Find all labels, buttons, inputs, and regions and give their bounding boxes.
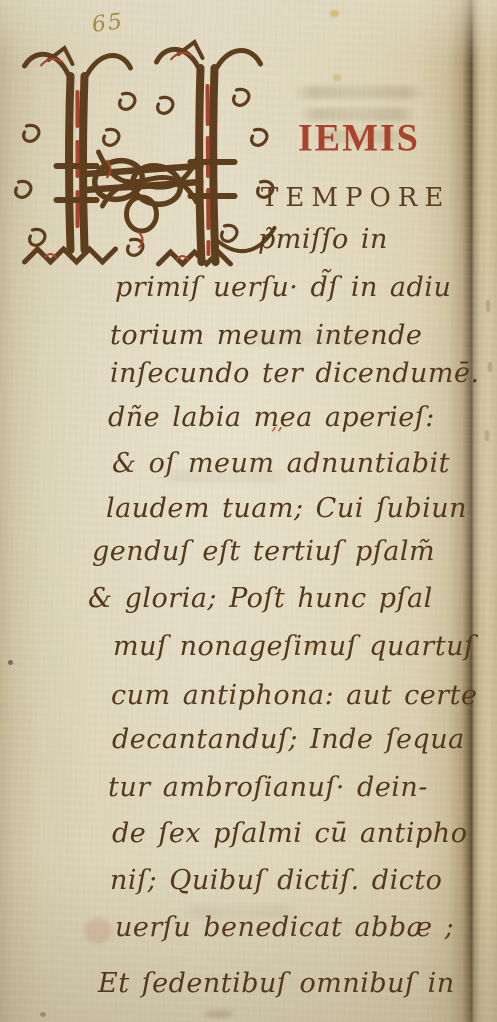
heading-praemisso: p̃miſſo in: [258, 226, 388, 253]
next-page-edge-mark: [485, 430, 489, 441]
next-page-edge-mark: [488, 362, 492, 372]
manuscript-text-line: Et ſedentibuſ omnibuſ in: [98, 970, 455, 997]
next-page-edge-mark: [486, 300, 490, 312]
manuscript-page: 65: [0, 0, 497, 1022]
manuscript-text-line: genduſ eſt tertiuſ pſalm̃: [92, 538, 435, 565]
heading-tempore: TEMPORE: [261, 185, 450, 211]
stain-mark: [333, 74, 341, 81]
manuscript-text-line: torium meum intende: [110, 322, 422, 349]
stain-mark: [84, 918, 112, 944]
manuscript-text-line: uerſu benedicat abbæ ;: [115, 914, 454, 941]
manuscript-text-line: inſecundo ter dicendumē.: [110, 360, 480, 387]
manuscript-text-line: laudem tuam; Cui ſubiun: [106, 495, 467, 522]
manuscript-text-line: niſ; Quibuſ dictiſ. dicto: [110, 867, 442, 894]
stain-mark: [205, 1010, 233, 1018]
manuscript-text-line: primiſ uerſu· d̃ſ in adiu: [115, 274, 451, 301]
manuscript-text-line: cum antiphona: aut certe: [111, 682, 478, 709]
rubric-hiemis-red: IEMIS: [298, 118, 420, 158]
stain-mark: [8, 660, 13, 665]
stain-mark: [330, 10, 339, 17]
manuscript-text-line: & oſ meum adnuntiabit: [112, 450, 450, 477]
manuscript-text-line: tur ambroſianuſ· dein-: [108, 774, 428, 801]
stain-mark: [40, 1012, 46, 1017]
manuscript-text-line: muſ nonageſimuſ quartuſ: [113, 633, 475, 660]
red-correction-mark: ‚‚: [271, 412, 283, 434]
decorated-initial-h: [8, 34, 293, 279]
manuscript-text-line: de ſex pſalmi cū antipho: [112, 820, 467, 847]
manuscript-text-line: & gloria; Poſt hunc pſal: [88, 585, 433, 612]
manuscript-text-line: decantanduſ; Inde ſequa: [112, 726, 465, 753]
show-through-ghost: [293, 86, 425, 99]
